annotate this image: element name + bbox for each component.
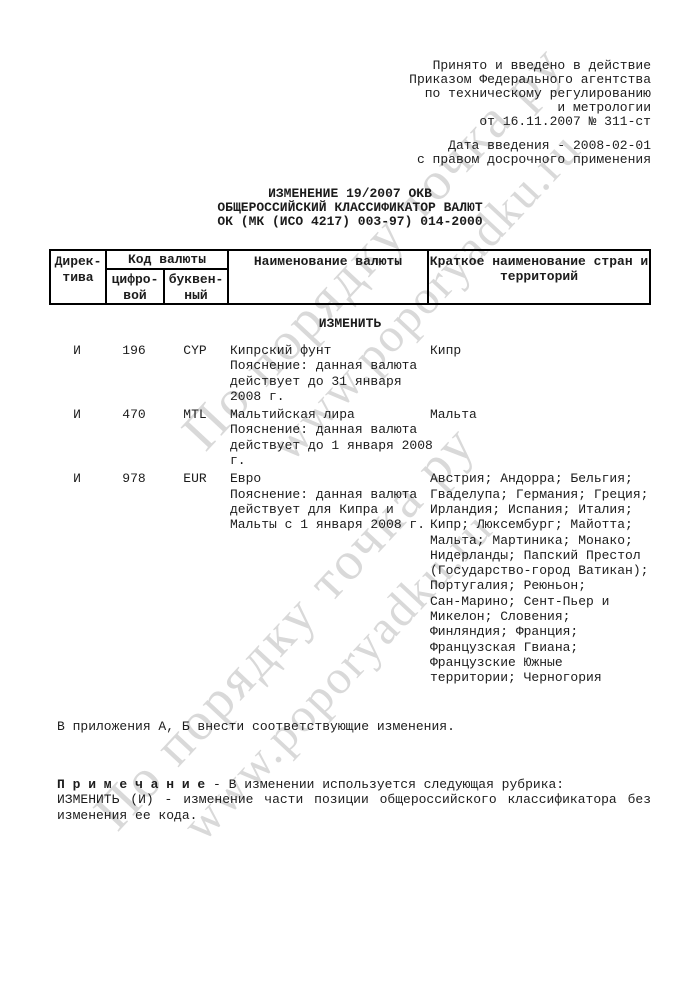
cell-alpha-code: EUR xyxy=(163,471,227,486)
document-content: Принято и введено в действие Приказом Фе… xyxy=(0,0,700,990)
column-header-currency-name: Наименование валюты xyxy=(229,251,429,303)
table-row: И 470 MTL Мальтийская лира Пояснение: да… xyxy=(49,407,651,468)
cell-currency-name: Мальтийская лира Пояснение: данная валют… xyxy=(227,407,427,468)
cell-alpha-code: MTL xyxy=(163,407,227,422)
column-header-currency-code-group: Код валюты цифро- вой буквен- ный xyxy=(107,251,229,303)
table-row: И 196 CYP Кипрский фунт Пояснение: данна… xyxy=(49,343,651,404)
cell-directive: И xyxy=(49,407,105,422)
note-heading-rest: - В изменении используется следующая руб… xyxy=(205,777,564,792)
cell-numeric-code: 978 xyxy=(105,471,163,486)
table-header: Дирек- тива Код валюты цифро- вой буквен… xyxy=(49,249,651,305)
column-header-countries: Краткое наименование стран и территорий xyxy=(429,251,649,303)
table-body: И 196 CYP Кипрский фунт Пояснение: данна… xyxy=(49,343,651,689)
appendix-note: В приложения А, Б внести соответствующие… xyxy=(57,719,455,734)
note-heading-line: П р и м е ч а н и е - В изменении исполь… xyxy=(57,777,651,792)
note-block: П р и м е ч а н и е - В изменении исполь… xyxy=(57,777,651,823)
table-row: И 978 EUR Евро Пояснение: данная валюта … xyxy=(49,471,651,685)
cell-alpha-code: CYP xyxy=(163,343,227,358)
column-header-directive: Дирек- тива xyxy=(51,251,107,303)
cell-countries: Кипр xyxy=(427,343,651,358)
cell-directive: И xyxy=(49,343,105,358)
cell-numeric-code: 196 xyxy=(105,343,163,358)
section-label-change: ИЗМЕНИТЬ xyxy=(49,316,651,331)
note-line-justified: ИЗМЕНИТЬ (И) - изменение части позиции о… xyxy=(57,792,651,807)
column-header-alpha-code: буквен- ный xyxy=(165,270,227,304)
cell-numeric-code: 470 xyxy=(105,407,163,422)
note-line-last: изменения ее кода. xyxy=(57,808,651,823)
document-page: По порядку точка ру www.poporyadku.ru По… xyxy=(0,0,700,990)
column-header-currency-code: Код валюты xyxy=(107,251,227,270)
column-header-numeric-code: цифро- вой xyxy=(107,270,165,304)
introduction-date-text: Дата введения - 2008-02-01 с правом доср… xyxy=(409,139,651,167)
approval-header: Принято и введено в действие Приказом Фе… xyxy=(409,59,651,167)
cell-countries: Австрия; Андорра; Бельгия; Гваделупа; Ге… xyxy=(427,471,651,685)
note-label: П р и м е ч а н и е xyxy=(57,777,205,792)
currency-code-subcolumns: цифро- вой буквен- ный xyxy=(107,270,227,304)
cell-directive: И xyxy=(49,471,105,486)
cell-countries: Мальта xyxy=(427,407,651,422)
cell-currency-name: Кипрский фунт Пояснение: данная валюта д… xyxy=(227,343,427,404)
document-title: ИЗМЕНЕНИЕ 19/2007 ОКВ ОБЩЕРОССИЙСКИЙ КЛА… xyxy=(0,187,700,229)
cell-currency-name: Евро Пояснение: данная валюта действует … xyxy=(227,471,427,532)
adoption-text: Принято и введено в действие Приказом Фе… xyxy=(409,59,651,129)
